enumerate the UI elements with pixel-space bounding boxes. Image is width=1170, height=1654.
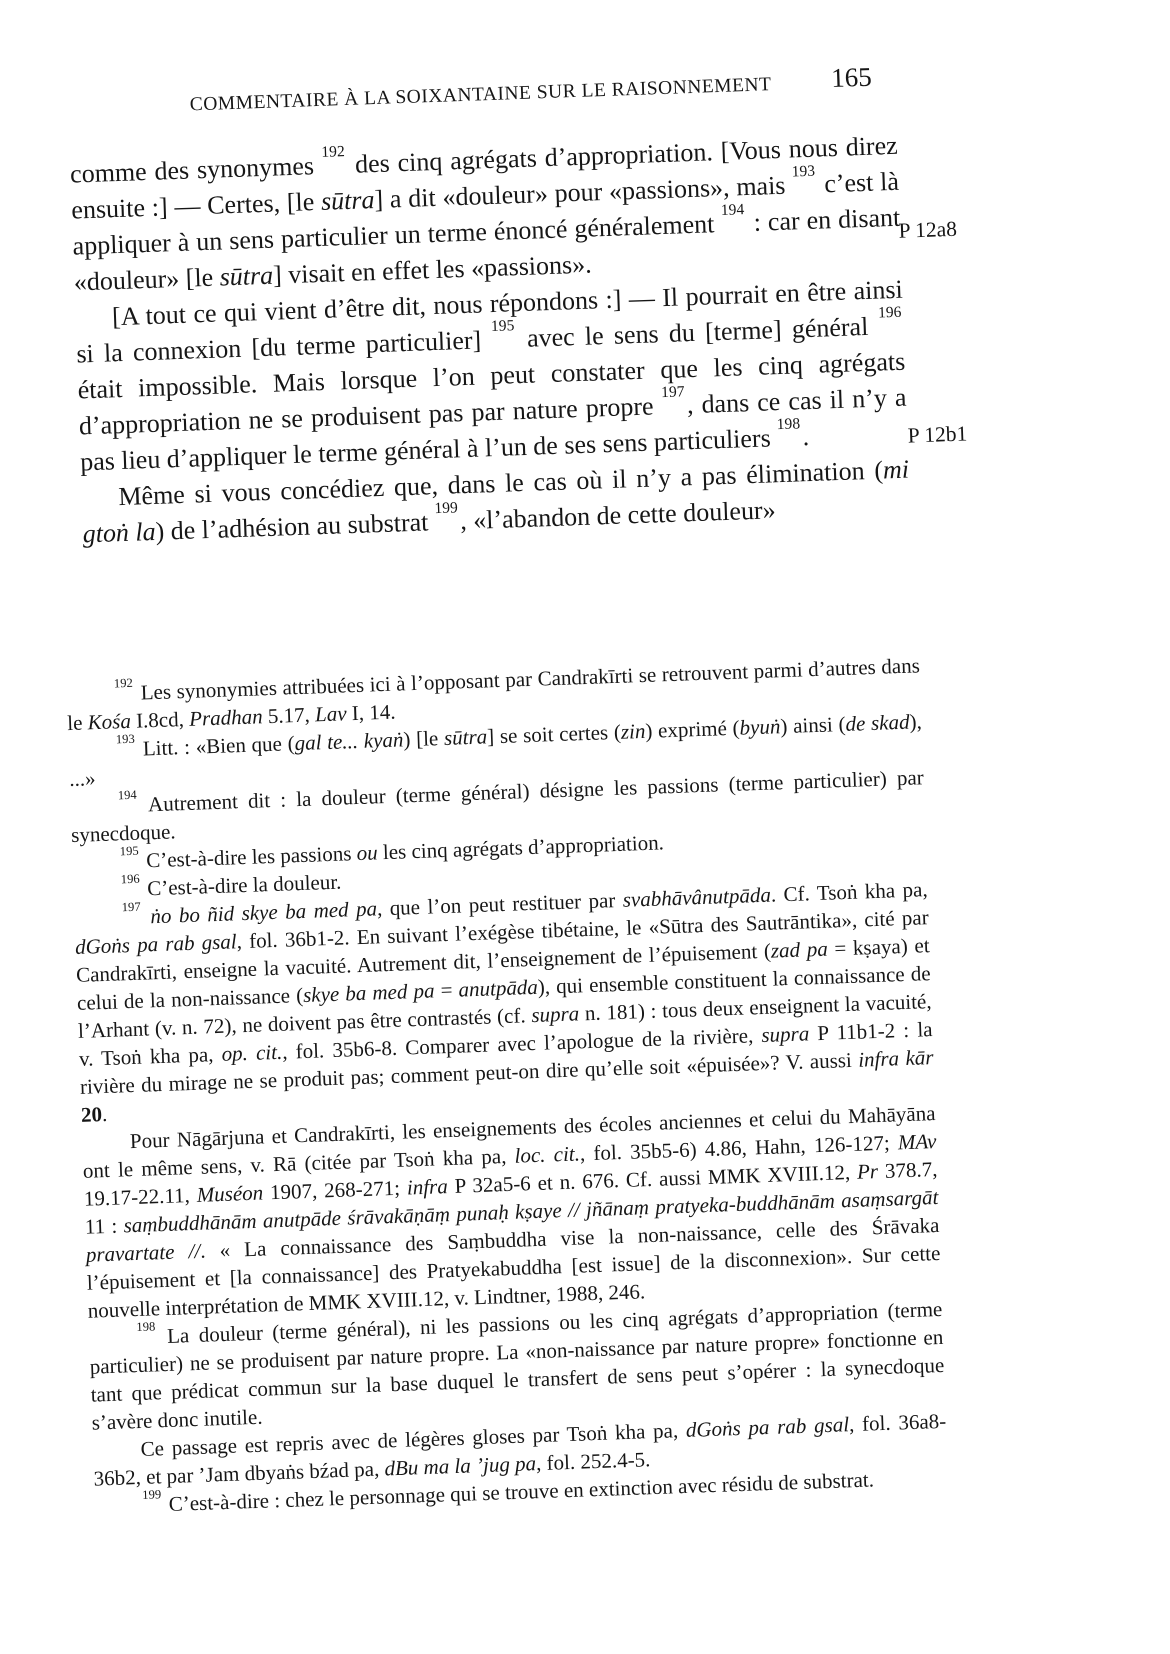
footnote-number: 197 <box>121 900 140 915</box>
text-run: sūtra <box>321 185 375 216</box>
text-run: I.8cd, <box>130 707 189 733</box>
text-run: ) [le <box>403 726 444 751</box>
text-run: dGoṅs pa rab gsal <box>685 1412 849 1442</box>
footnote-number: 196 <box>121 872 140 887</box>
footnote-number: 199 <box>142 1487 161 1502</box>
footnote-number: 192 <box>114 676 133 691</box>
footnote-reference: 193 <box>791 163 815 181</box>
text-run: I, 14. <box>346 700 396 726</box>
text-run: dGoṅs pa rab gsal <box>75 929 237 959</box>
footnote-paragraph: 197 ṅo bo ñid skye ba med pa, que l’on p… <box>74 875 935 1129</box>
text-run: byuṅ <box>739 714 781 739</box>
footnote-reference: 199 <box>434 500 458 518</box>
text-run: avec le sens du [terme] général <box>516 312 879 354</box>
margin-note-p12a8: P 12a8 <box>898 217 957 244</box>
text-run: loc. cit. <box>514 1141 580 1167</box>
text-run: Pradhan <box>189 704 263 731</box>
text-run: ] se soit certes ( <box>487 720 622 749</box>
text-run: op. cit. <box>221 1040 282 1066</box>
text-run: sūtra <box>219 261 273 292</box>
text-run: 19.17-22.11, <box>83 1183 197 1211</box>
page-number: 165 <box>831 62 873 94</box>
text-run: . Cf. Tsoṅ kha pa, <box>770 877 928 906</box>
footnote-reference: 197 <box>661 384 685 402</box>
tilted-scan-layer: COMMENTAIRE À LA SOIXANTAINE SUR LE RAIS… <box>0 0 1170 1653</box>
text-run: comme des synonymes <box>70 151 323 189</box>
text-run: gal te... kyaṅ <box>294 727 404 755</box>
text-run: ) ainsi ( <box>780 712 846 738</box>
text-run: anutpāda <box>458 975 538 1002</box>
text-run: 1907, 268-271; <box>263 1176 408 1205</box>
text-run: ṅo bo ñid skye ba med pa <box>150 896 377 928</box>
text-run: ou <box>356 840 378 865</box>
text-run: 20 <box>81 1102 103 1127</box>
text-run: = <box>434 978 459 1003</box>
text-run: infra kār <box>858 1045 934 1072</box>
text-run: , fol. 252.4-5. <box>536 1447 651 1475</box>
footnote-reference: 198 <box>776 416 800 434</box>
text-run: supra <box>531 1001 580 1027</box>
text-run: ) exprimé ( <box>645 716 740 743</box>
text-run: Pr <box>857 1159 879 1184</box>
text-run: , que l’on peut restituer par <box>377 888 624 921</box>
footnotes-block: 192 Les synonymies attribuées ici à l’op… <box>66 651 949 1520</box>
text-run: infra <box>406 1174 448 1199</box>
text-run: MAv <box>897 1129 936 1154</box>
text-run: zin <box>620 719 645 744</box>
text-run: skye ba med pa <box>303 978 435 1007</box>
book-page-scan: COMMENTAIRE À LA SOIXANTAINE SUR LE RAIS… <box>0 0 1170 1654</box>
text-run: supra <box>761 1021 810 1047</box>
text-run: Litt. : «Bien que ( <box>137 731 295 760</box>
footnote-reference: 194 <box>721 201 745 219</box>
footnote-reference: 192 <box>321 143 345 161</box>
body-text: comme des synonymes 192 des cinq agrégat… <box>70 128 911 553</box>
text-run: de skad <box>845 710 910 736</box>
footnote-number: 194 <box>118 788 137 803</box>
text-run: . <box>802 422 810 451</box>
footnote-reference: 196 <box>878 304 902 322</box>
text-run: Kośa <box>87 709 131 734</box>
footnote-number: 198 <box>136 1319 155 1334</box>
text-run: Muséon <box>196 1181 263 1207</box>
footnote-reference: 195 <box>491 318 515 336</box>
text-run: svabhāvânutpāda <box>622 883 771 912</box>
text-run: zad pa <box>770 937 828 963</box>
text-run: Lav <box>315 701 347 726</box>
body-paragraph: comme des synonymes 192 des cinq agrégat… <box>70 128 903 301</box>
body-paragraph: [A tout ce qui vient d’être dit, nous ré… <box>75 272 909 481</box>
text-run: sūtra <box>444 724 488 749</box>
text-run: 5.17, <box>262 702 315 728</box>
running-header-title: COMMENTAIRE À LA SOIXANTAINE SUR LE RAIS… <box>189 75 749 117</box>
footnote-paragraph: Pour Nāgārjuna et Candrakīrti, les ensei… <box>81 1099 941 1325</box>
footnote-number: 193 <box>116 732 135 747</box>
footnote-number: 195 <box>120 844 139 859</box>
margin-note-p12b1: P 12b1 <box>907 422 967 449</box>
text-run: , «l’abandon de cette douleur» <box>460 495 776 535</box>
text-run: dBu ma la ’jug pa <box>384 1451 536 1480</box>
text-run: . <box>102 1102 108 1126</box>
text-run: ) de l’adhésion au substrat <box>155 507 435 546</box>
